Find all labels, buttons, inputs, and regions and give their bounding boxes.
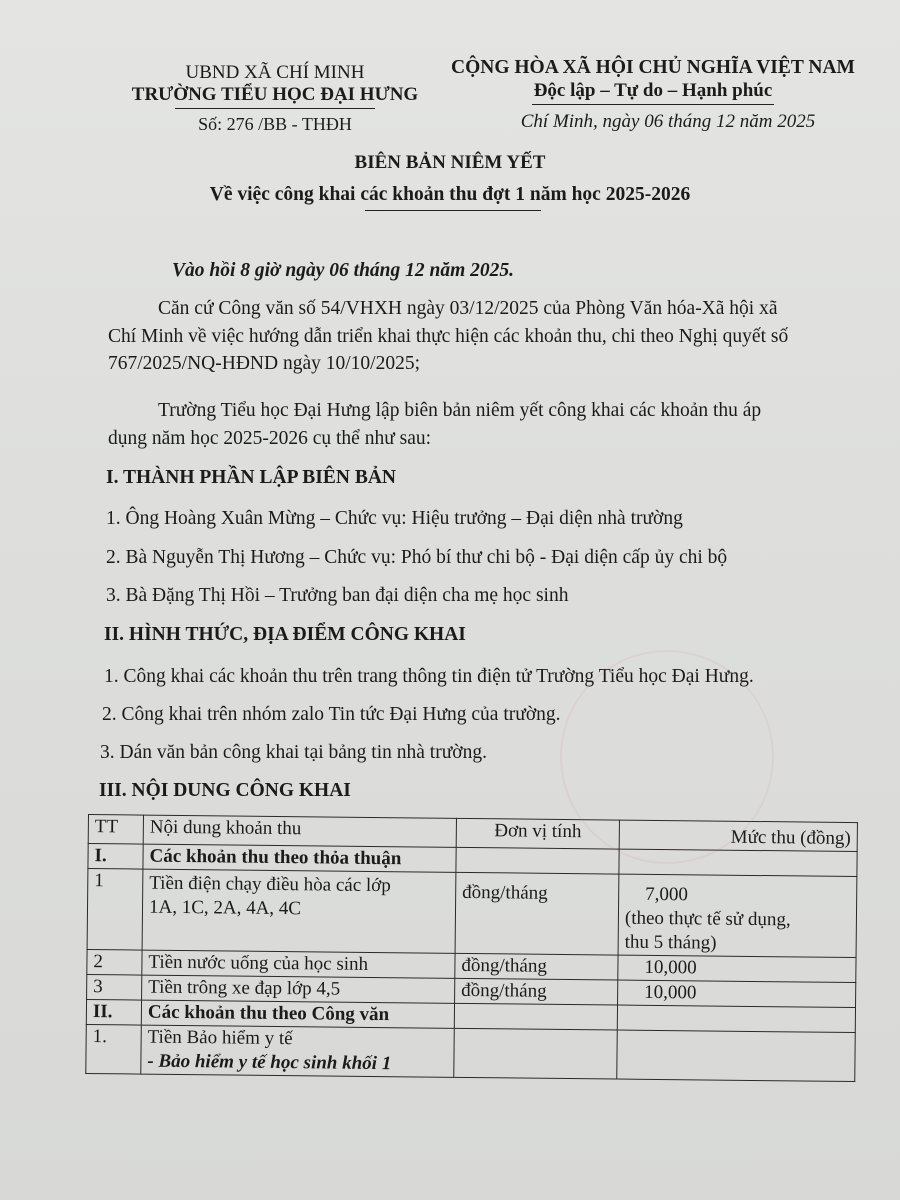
section-1-item: 1. Ông Hoàng Xuân Mừng – Chức vụ: Hiệu t… <box>106 506 683 532</box>
section-3-heading: III. NỘI DUNG CÔNG KHAI <box>99 778 351 804</box>
row-tt: I. <box>88 844 143 870</box>
section-2-heading: II. HÌNH THỨC, ĐỊA ĐIỂM CÔNG KHAI <box>104 622 466 648</box>
document-title: BIÊN BẢN NIÊM YẾT <box>0 152 900 174</box>
row-content-line-1: Tiền điện chạy điều hòa các lớp <box>149 872 449 899</box>
place-date: Chí Minh, ngày 06 tháng 12 năm 2025 <box>438 109 868 135</box>
row-amount: 7,000 (theo thực tế sử dụng, thu 5 tháng… <box>618 874 857 957</box>
authority-name: UBND XÃ CHÍ MINH <box>90 62 460 84</box>
document-page: UBND XÃ CHÍ MINH TRƯỜNG TIỂU HỌC ĐẠI HƯN… <box>0 0 900 1200</box>
row-tt: 1. <box>86 1024 142 1074</box>
faded-stamp-show-through <box>560 650 774 864</box>
section-1-item: 2. Bà Nguyễn Thị Hương – Chức vụ: Phó bí… <box>106 545 727 571</box>
row-unit: đồng/tháng <box>455 953 618 980</box>
row-amount-value: 10,000 <box>624 981 696 1006</box>
fees-table: TT Nội dung khoản thu Đơn vị tính Mức th… <box>85 814 858 1082</box>
table-row: 1. Tiền Bảo hiểm y tế - Bảo hiểm y tế họ… <box>86 1024 855 1081</box>
document-subtitle: Về việc công khai các khoản thu đợt 1 nă… <box>0 184 900 206</box>
nation-name: CỘNG HÒA XÃ HỘI CHỦ NGHĨA VIỆT NAM <box>438 56 868 80</box>
subtitle-underline <box>365 210 541 211</box>
national-motto: Độc lập – Tự do – Hạnh phúc <box>532 80 775 105</box>
row-amount <box>617 1030 856 1081</box>
row-unit <box>456 847 619 874</box>
header-cell-content: Nội dung khoản thu <box>143 815 456 847</box>
row-content: Tiền điện chạy điều hòa các lớp 1A, 1C, … <box>142 869 456 953</box>
row-tt: II. <box>86 999 141 1025</box>
row-content: Tiền Bảo hiểm y tế - Bảo hiểm y tế học s… <box>141 1025 454 1077</box>
row-content: Tiền nước uống của học sinh <box>142 950 455 978</box>
section-2-item: 3. Dán văn bản công khai tại bảng tin nh… <box>100 740 487 766</box>
header-left: UBND XÃ CHÍ MINH TRƯỜNG TIỂU HỌC ĐẠI HƯN… <box>90 62 460 135</box>
row-unit <box>454 1003 617 1030</box>
time-line: Vào hồi 8 giờ ngày 06 tháng 12 năm 2025. <box>172 258 514 284</box>
intro-paragraph-line-1: Trường Tiểu học Đại Hưng lập biên bản ni… <box>158 398 761 424</box>
section-2-item: 2. Công khai trên nhóm zalo Tin tức Đại … <box>102 702 561 728</box>
table-row: 1 Tiền điện chạy điều hòa các lớp 1A, 1C… <box>87 869 857 958</box>
row-content: Tiền trông xe đạp lớp 4,5 <box>142 975 455 1003</box>
row-amount-note-2: thu 5 tháng) <box>625 931 850 957</box>
intro-paragraph-line-2: dụng năm học 2025-2026 cụ thể như sau: <box>108 426 431 452</box>
section-1-heading: I. THÀNH PHẦN LẬP BIÊN BẢN <box>106 465 396 491</box>
row-unit: đồng/tháng <box>455 978 618 1005</box>
row-tt: 1 <box>87 869 143 951</box>
row-content-line-2: - Bảo hiểm y tế học sinh khối 1 <box>147 1050 447 1077</box>
basis-paragraph-line-1: Căn cứ Công văn số 54/VHXH ngày 03/12/20… <box>158 296 778 322</box>
basis-paragraph-line-3: 767/2025/NQ-HĐND ngày 10/10/2025; <box>108 351 420 377</box>
row-tt: 2 <box>87 949 142 975</box>
basis-paragraph-line-2: Chí Minh về việc hướng dẫn triển khai th… <box>108 324 788 350</box>
row-unit <box>454 1028 618 1079</box>
row-amount-note-1: (theo thực tế sử dụng, <box>625 907 850 933</box>
row-amount <box>617 1005 855 1032</box>
row-content: Các khoản thu theo Công văn <box>141 1000 454 1028</box>
header-right: CỘNG HÒA XÃ HỘI CHỦ NGHĨA VIỆT NAM Độc l… <box>438 56 868 135</box>
row-amount: 10,000 <box>618 955 856 982</box>
row-amount: 10,000 <box>618 980 856 1007</box>
row-content-line-2: 1A, 1C, 2A, 4A, 4C <box>149 896 449 923</box>
row-tt: 3 <box>87 974 142 1000</box>
section-1-item: 3. Bà Đặng Thị Hồi – Trưởng ban đại diện… <box>106 583 568 609</box>
header-left-underline <box>175 108 375 109</box>
row-amount-value: 10,000 <box>624 956 696 981</box>
row-unit: đồng/tháng <box>455 872 619 955</box>
header-cell-tt: TT <box>88 815 143 845</box>
row-content-line-1: Tiền Bảo hiểm y tế <box>148 1026 448 1053</box>
row-content: Các khoản thu theo thỏa thuận <box>143 844 456 872</box>
document-number: Số: 276 /BB - THĐH <box>90 113 460 135</box>
row-amount-value: 7,000 <box>625 883 688 908</box>
school-name: TRƯỜNG TIỂU HỌC ĐẠI HƯNG <box>90 84 460 106</box>
